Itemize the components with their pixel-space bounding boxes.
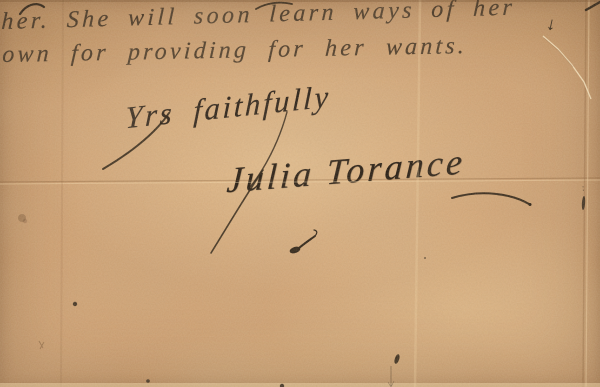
ink-speck: [73, 302, 77, 306]
signature: Julia Torance: [225, 140, 466, 201]
cutoff-stroke-top-right: [586, 2, 600, 10]
right-fold-shadow: [583, 0, 586, 387]
ink-blot-body: [289, 245, 301, 254]
signature-end-flourish: [452, 193, 529, 204]
scanned-letter-page: her. She will soon learn ways of her ↓ o…: [0, 0, 600, 387]
ink-speck: [146, 379, 150, 383]
insert-arrow-mark: ↓: [545, 13, 558, 35]
scratch-line-shadow: [544, 38, 573, 67]
ink-speck: [424, 257, 426, 259]
closing-line: Yrs faithfully: [125, 78, 332, 136]
scratch-line: [543, 36, 591, 99]
right-fold-highlight: [586, 0, 589, 387]
faint-pencil-mark: [39, 341, 44, 349]
ink-blot-tail: [299, 236, 315, 248]
faint-smudge: [23, 219, 27, 223]
right-edge-dotted-mark: [583, 186, 584, 193]
ink-mark-comma: [393, 354, 400, 365]
pin-line-fork: [388, 381, 394, 387]
ink-blots-and-specks: [18, 186, 586, 387]
flourish-end-dot: [529, 203, 532, 206]
body-line-2: own for providing for her wants.: [2, 33, 468, 69]
ink-blot-hook: [314, 230, 317, 236]
faint-smudge: [18, 214, 26, 222]
bottom-edge-highlight: [0, 383, 600, 387]
body-line-1: her. She will soon learn ways of her: [1, 0, 516, 36]
right-edge-ink-dash: [581, 196, 585, 210]
